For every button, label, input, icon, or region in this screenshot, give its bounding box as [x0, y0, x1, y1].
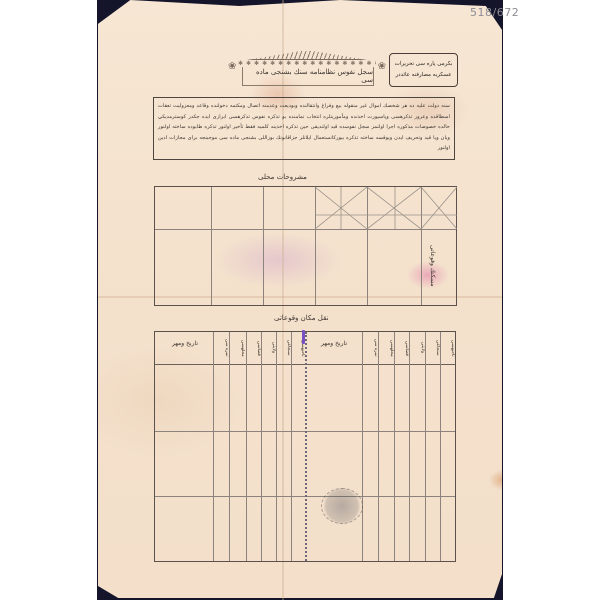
left-column-header: محلهسى [231, 334, 245, 362]
star-border-ornament-icon: ✱✱✱✱✱✱✱✱✱✱✱✱✱✱✱✱✱✱✱✱✱✱✱✱ [238, 60, 376, 67]
bottom-table: تاريخ ومهر نمره سى محلهسى قضاسى ولايتى س… [154, 331, 456, 562]
section-bottom-label: نقل مكان وقوعاتى [274, 314, 329, 322]
stamp-box-line-2: عسكريه مصارفنه عائددر [390, 70, 457, 81]
column-divider [378, 332, 379, 561]
right-column-header: نمره سى [364, 334, 378, 362]
right-date-header: تاريخ ومهر [308, 340, 360, 368]
row-divider [155, 229, 456, 230]
column-divider [291, 332, 292, 561]
column-divider [213, 332, 214, 561]
left-column-header: سنجاغى [278, 334, 291, 362]
right-column-header: محلهسى [380, 334, 394, 362]
left-column-header: ولايتى [263, 334, 276, 362]
left-column-header: قضاسى [248, 334, 261, 362]
top-table-side-label: مسكنك وقوعاتى [429, 245, 436, 295]
right-column-header: ولايتى [411, 334, 425, 362]
column-divider [425, 332, 426, 561]
document-title: سجل نفوس نظامنامه سنك بشنجى ماده سى [242, 67, 374, 86]
perforation-divider [305, 332, 307, 561]
left-date-header: تاريخ ومهر [159, 340, 211, 368]
column-divider [440, 332, 441, 561]
section-top-label: مشروحات محلى [258, 173, 307, 181]
diagonal-cross-lines [315, 187, 457, 229]
column-divider [263, 187, 264, 305]
column-divider [276, 332, 277, 561]
title-ornament-frame: ✱✱✱✱✱✱✱✱✱✱✱✱✱✱✱✱✱✱✱✱✱✱✱✱ ❀ ❀ سجل نفوس نظ… [232, 51, 382, 89]
top-table: مسكنك وقوعاتى [154, 186, 457, 306]
purple-ink-mark [302, 330, 305, 344]
flower-ornament-icon: ❀ [378, 61, 386, 72]
column-divider [246, 332, 247, 561]
sunburst-ornament-icon [247, 51, 367, 60]
right-column-header: ناحيهسى [442, 334, 455, 362]
column-divider [409, 332, 410, 561]
revenue-stamp-box: بكرمى پاره سى تحريرات عسكريه مصارفنه عائ… [389, 53, 458, 87]
instructions-text: سنه دولت عليه ده هر شخصك اموال غير منقول… [153, 97, 455, 160]
stamp-box-line-1: بكرمى پاره سى تحريرات [390, 59, 457, 70]
column-divider [211, 187, 212, 305]
right-column-header: سنجاغى [427, 334, 440, 362]
right-column-header: قضاسى [396, 334, 409, 362]
column-divider [261, 332, 262, 561]
official-seal-stamp [321, 488, 363, 524]
catalog-number: 518/672 [470, 6, 519, 19]
left-column-header: نمره سى [215, 334, 229, 362]
flower-ornament-icon: ❀ [228, 61, 236, 72]
column-divider [229, 332, 230, 561]
column-divider [394, 332, 395, 561]
column-divider [362, 332, 363, 561]
